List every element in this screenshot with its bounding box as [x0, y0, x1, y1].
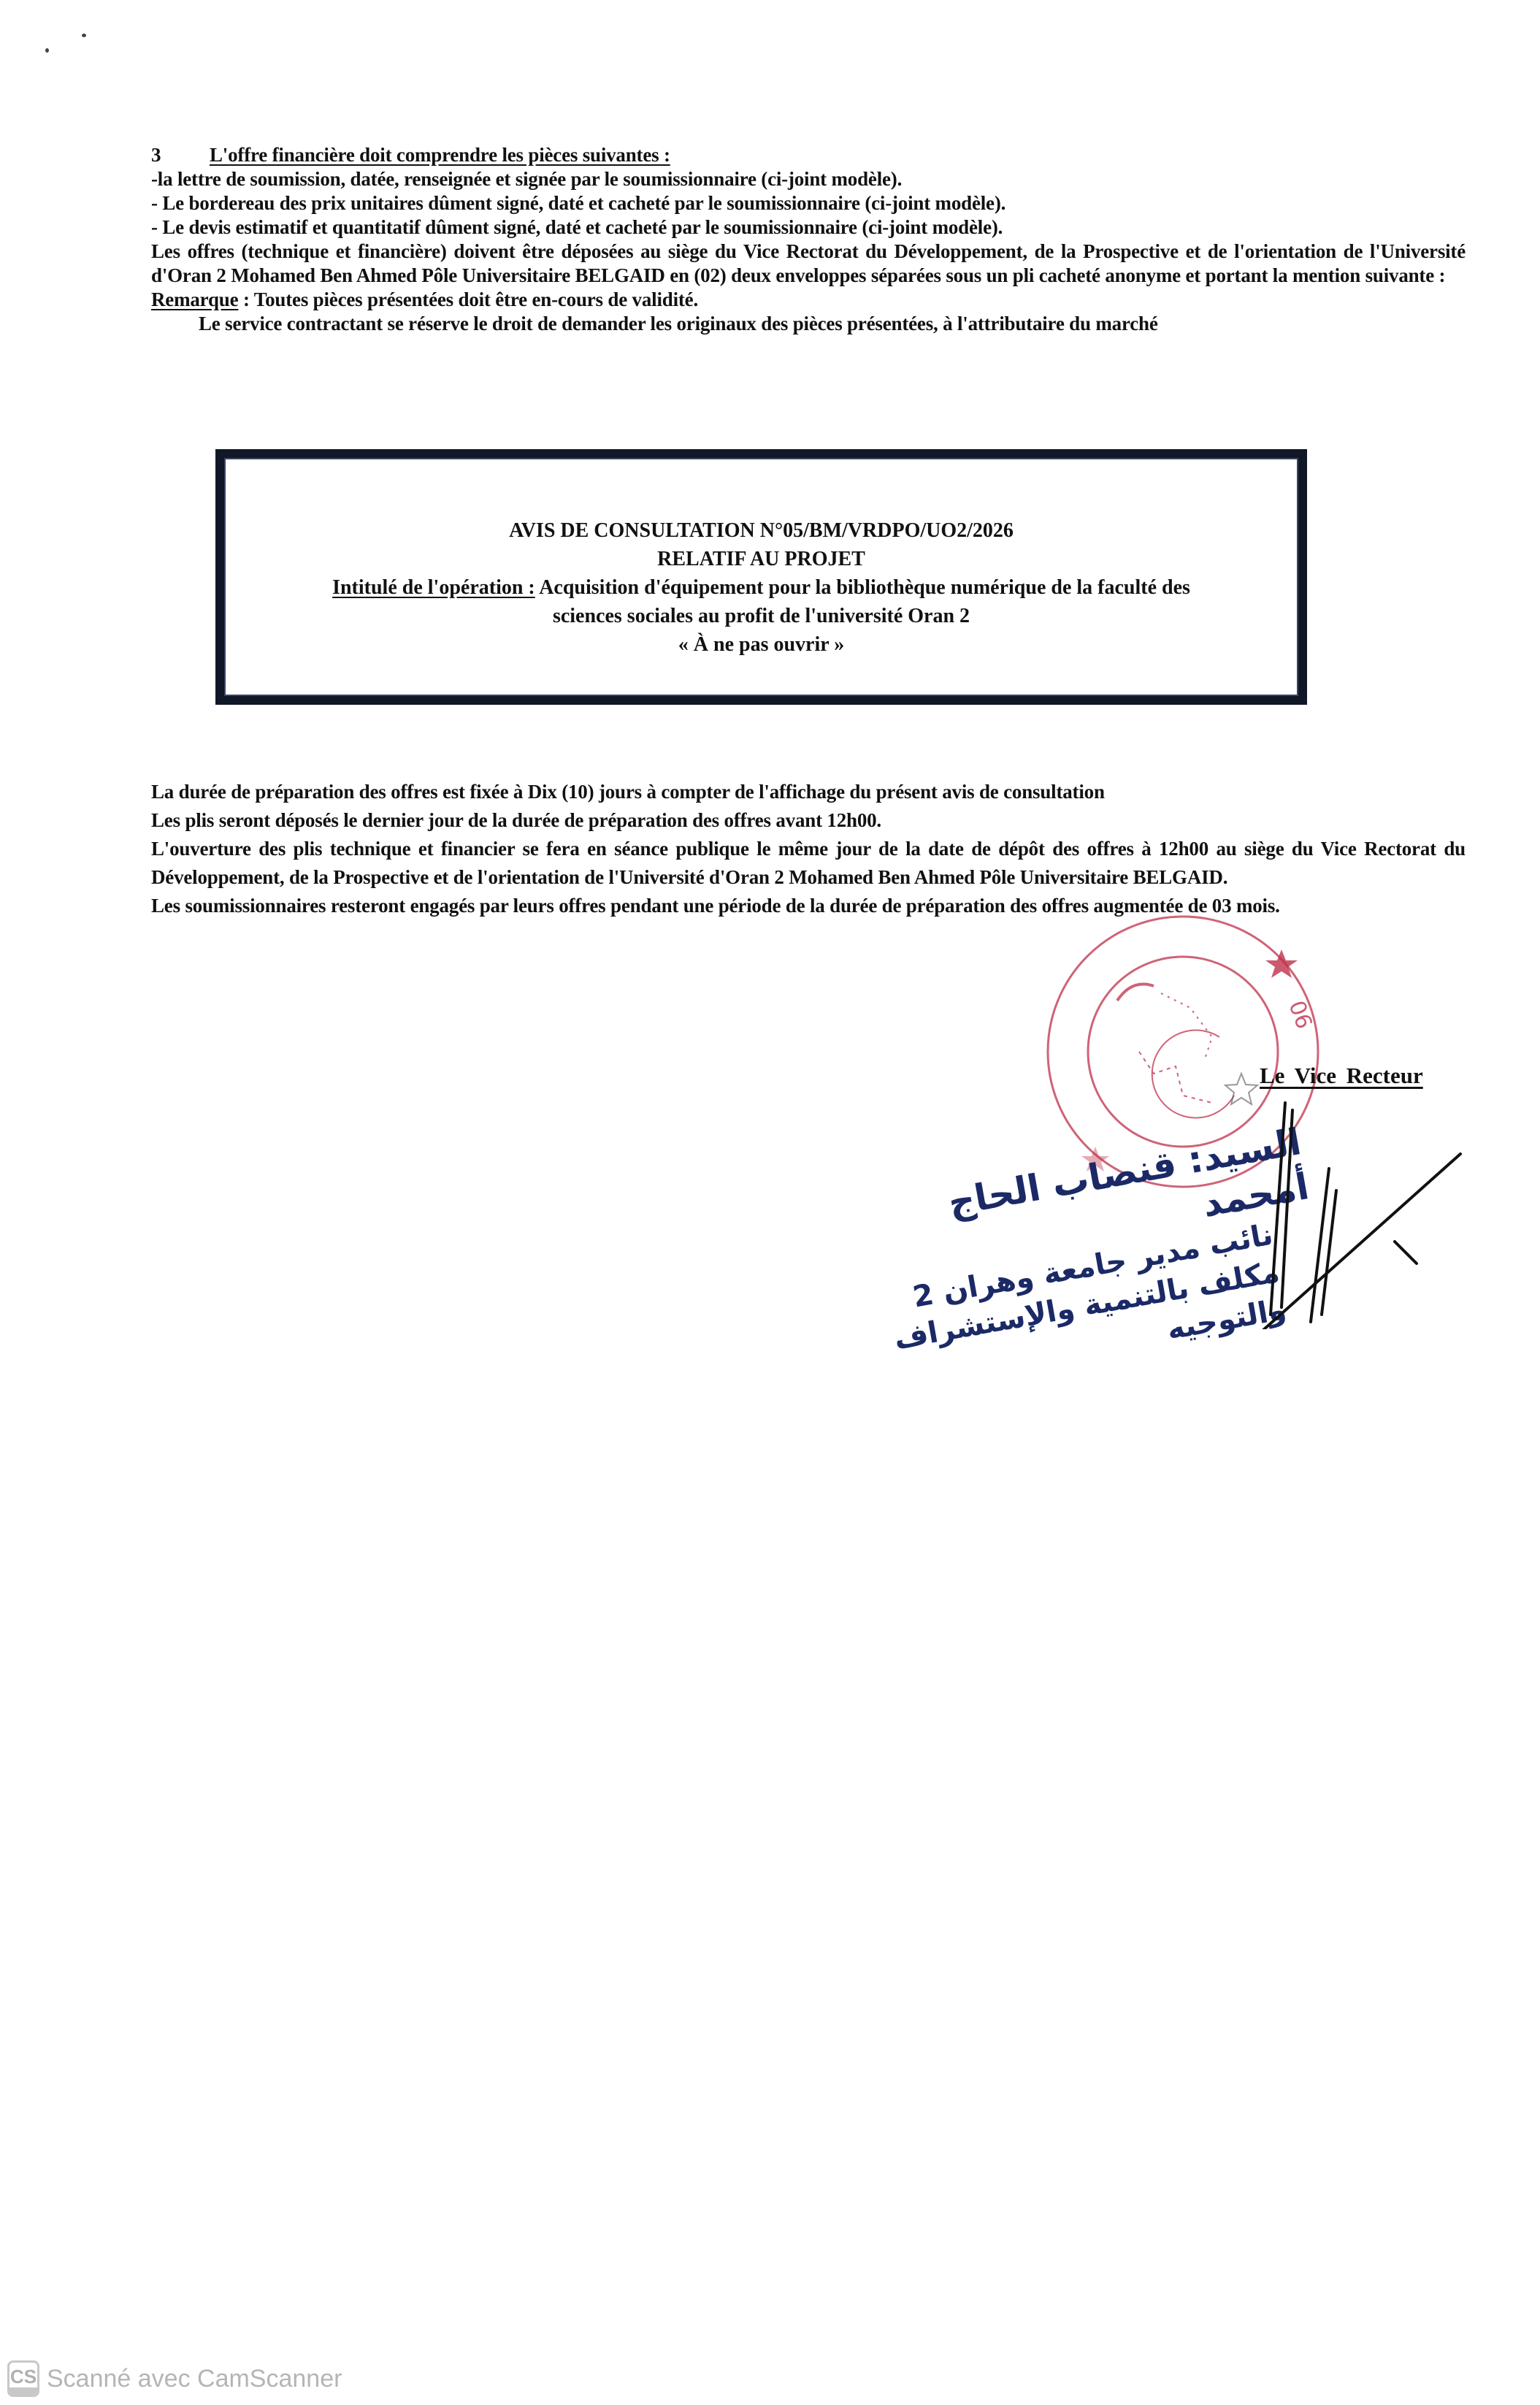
section-heading: 3L'offre financière doit comprendre les … [151, 143, 1466, 167]
watermark-text: Scanné avec CamScanner [47, 2365, 342, 2393]
notice-box: AVIS DE CONSULTATION N°05/BM/VRDPO/UO2/2… [215, 449, 1307, 705]
remark-text: : Toutes pièces présentées doit être en-… [238, 288, 698, 310]
scan-speck [82, 34, 86, 37]
section-title: L'offre financière doit comprendre les p… [210, 144, 670, 166]
conditions-block: La durée de préparation des offres est f… [151, 778, 1466, 920]
deposit-paragraph: Les offres (technique et financière) doi… [151, 240, 1466, 288]
operation-line: Intitulé de l'opération : Acquisition d'… [224, 573, 1298, 602]
operation-text: Acquisition d'équipement pour la bibliot… [535, 576, 1190, 599]
operation-text-2: sciences sociales au profit de l'univers… [224, 602, 1298, 630]
section-financial-offer: 3L'offre financière doit comprendre les … [151, 143, 1466, 336]
remark-line: Remarque : Toutes pièces présentées doit… [151, 288, 1466, 312]
service-paragraph: Le service contractant se réserve le dro… [151, 312, 1466, 336]
list-item: - Le devis estimatif et quantitatif dûme… [151, 215, 1466, 240]
do-not-open-mention: « À ne pas ouvrir » [224, 630, 1298, 659]
section-number: 3 [151, 143, 210, 167]
condition-item: La durée de préparation des offres est f… [151, 778, 1466, 806]
condition-item: Les plis seront déposés le dernier jour … [151, 806, 1466, 835]
condition-item: L'ouverture des plis technique et financ… [151, 835, 1466, 892]
operation-label: Intitulé de l'opération : [332, 576, 535, 599]
camscanner-watermark: CS Scanné avec CamScanner [7, 2360, 342, 2397]
scanned-page: 3L'offre financière doit comprendre les … [0, 0, 1540, 2405]
stamp-number: 06 [1283, 998, 1317, 1033]
handwritten-signature-icon [1241, 1096, 1504, 1329]
list-item: -la lettre de soumission, datée, renseig… [151, 167, 1466, 191]
camscanner-logo-icon: CS [7, 2360, 39, 2397]
scan-speck [45, 48, 49, 53]
signatory-title: Le Vice Recteur [1260, 1063, 1423, 1089]
list-item: - Le bordereau des prix unitaires dûment… [151, 191, 1466, 215]
notice-subtitle: RELATIF AU PROJET [224, 545, 1298, 573]
notice-title: AVIS DE CONSULTATION N°05/BM/VRDPO/UO2/2… [224, 516, 1298, 545]
remark-label: Remarque [151, 288, 238, 310]
